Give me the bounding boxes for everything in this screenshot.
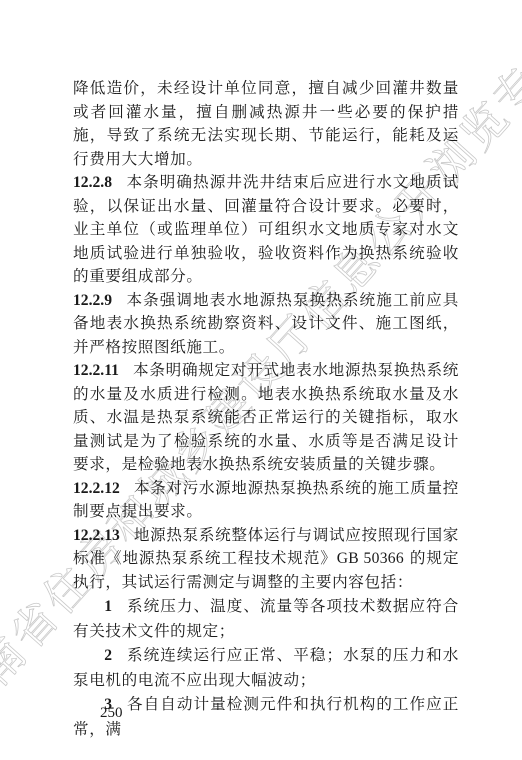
page-number: 250: [100, 705, 123, 722]
standard-code: GB 50366: [337, 550, 404, 567]
clause-text: 本条明确热源井洗井结束后应进行水文地质试验，以保证出水量、回灌量符合设计要求。必…: [73, 173, 459, 285]
item-text: 各自自动计量检测元件和执行机构的工作应正常，满: [73, 695, 459, 738]
item-text: 系统压力、温度、流量等各项技术数据应符合有关技术文件的规定；: [73, 597, 459, 640]
clause-number: 12.2.13: [73, 527, 120, 544]
intro-paragraph: 降低造价，未经设计单位同意，擅自减少回灌井数量或者回灌水量，擅自删减热源井一些必…: [73, 77, 459, 171]
clause-12-2-12: 12.2.12本条对污水源地源热泵换热系统的施工质量控制要点提出要求。: [73, 477, 459, 524]
clause-text: 本条明确规定对开式地表水地源热泵换热系统的水量及水质进行检测。地表水换热系统取水…: [73, 361, 459, 473]
clause-text: 本条对污水源地源热泵换热系统的施工质量控制要点提出要求。: [73, 479, 459, 521]
list-item: 1系统压力、温度、流量等各项技术数据应符合有关技术文件的规定；: [73, 594, 459, 643]
clause-12-2-13: 12.2.13地源热泵系统整体运行与调试应按照现行国家标准《地源热泵系统工程技术…: [73, 524, 459, 595]
clause-12-2-8: 12.2.8本条明确热源井洗井结束后应进行水文地质试验，以保证出水量、回灌量符合…: [73, 171, 459, 289]
clause-number: 12.2.8: [73, 174, 112, 191]
item-number: 1: [104, 598, 112, 615]
clause-12-2-9: 12.2.9本条强调地表水地源热泵换热系统施工前应具备地表水换热系统勘察资料、设…: [73, 289, 459, 360]
item-text: 系统连续运行应正常、平稳；水泵的压力和水泵电机的电流不应出现大幅波动；: [73, 646, 459, 689]
clause-12-2-11: 12.2.11本条明确规定对开式地表水地源热泵换热系统的水量及水质进行检测。地表…: [73, 359, 459, 477]
clause-number: 12.2.12: [73, 480, 120, 497]
document-page: 降低造价，未经设计单位同意，擅自减少回灌井数量或者回灌水量，擅自删减热源井一些必…: [73, 77, 459, 741]
list-item: 3各自自动计量检测元件和执行机构的工作应正常，满: [73, 692, 459, 741]
clause-text: 本条强调地表水地源热泵换热系统施工前应具备地表水换热系统勘察资料、设计文件、施工…: [73, 291, 459, 356]
item-number: 2: [104, 647, 112, 664]
clause-number: 12.2.11: [73, 362, 119, 379]
clause-number: 12.2.9: [73, 292, 112, 309]
document-body: 降低造价，未经设计单位同意，擅自减少回灌井数量或者回灌水量，擅自删减热源井一些必…: [73, 77, 459, 741]
list-item: 2系统连续运行应正常、平稳；水泵的压力和水泵电机的电流不应出现大幅波动；: [73, 643, 459, 692]
